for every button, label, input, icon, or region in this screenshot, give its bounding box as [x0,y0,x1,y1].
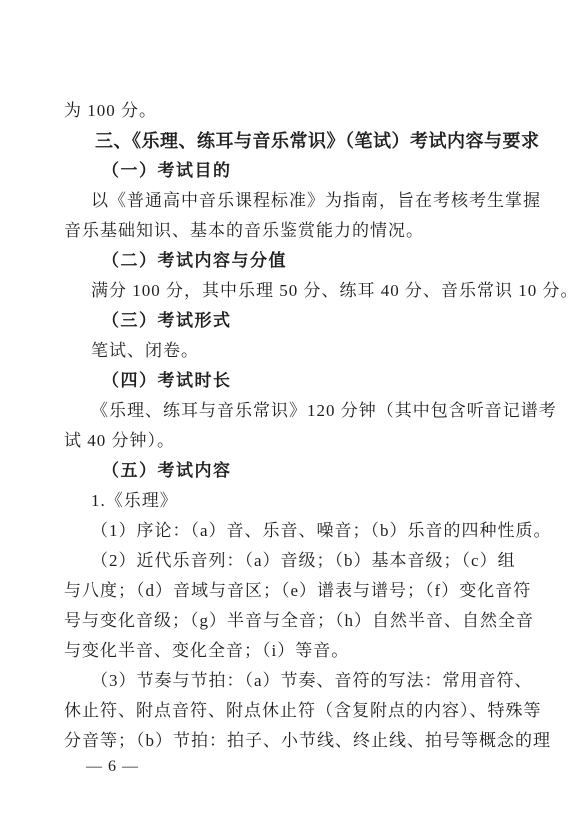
text-line: 三、《乐理、练耳与音乐常识》（笔试）考试内容与要求 [64,126,564,156]
text-line: 音乐基础知识、基本的音乐鉴赏能力的情况。 [64,216,564,246]
text-line: （五）考试内容 [64,456,564,486]
line-text: （2）近代乐音列：（a）音级；（b）基本音级；（c）组 [91,551,516,570]
line-text: 以《普通高中音乐课程标准》为指南，旨在考核考生掌握 [91,191,541,210]
text-line: 与变化半音、变化全音；（i）等音。 [64,636,564,666]
line-text: 为 100 分。 [64,101,157,120]
line-text: 与八度；（d）音域与音区；（e）谱表与谱号；（f）变化音符 [64,581,531,600]
line-text: （一）考试目的 [102,161,232,180]
line-text: 试 40 分钟）。 [64,431,175,450]
text-line: 号与变化音级；（g）半音与全音；（h）自然半音、自然全音 [64,606,564,636]
text-line: 1.《乐理》 [64,486,564,516]
text-line: 满分 100 分，其中乐理 50 分、练耳 40 分、音乐常识 10 分。 [64,276,564,306]
line-text: 笔试、闭卷。 [91,341,199,360]
text-line: 为 100 分。 [64,96,564,126]
text-line: （一）考试目的 [64,156,564,186]
page-number: — 6 — [86,757,139,777]
line-text: 《乐理、练耳与音乐常识》120 分钟（其中包含听音记谱考 [91,401,557,420]
line-text: 三、《乐理、练耳与音乐常识》（笔试）考试内容与要求 [95,131,540,151]
text-line: （三）考试形式 [64,306,564,336]
line-text: 休止符、附点音符、附点休止符（含复附点的内容）、特殊等 [64,701,542,720]
text-line: （四）考试时长 [64,366,564,396]
text-line: 分音等；（b）节拍：拍子、小节线、终止线、拍号等概念的理 [64,726,564,756]
document-page: 为 100 分。 三、《乐理、练耳与音乐常识》（笔试）考试内容与要求 （一）考试… [0,0,585,833]
text-line: （二）考试内容与分值 [64,246,564,276]
line-text: 音乐基础知识、基本的音乐鉴赏能力的情况。 [64,221,424,240]
line-text: 与变化半音、变化全音；（i）等音。 [64,641,349,660]
line-text: （五）考试内容 [102,461,232,480]
line-text: （三）考试形式 [102,311,232,330]
text-line: 与八度；（d）音域与音区；（e）谱表与谱号；（f）变化音符 [64,576,564,606]
text-line: 试 40 分钟）。 [64,426,564,456]
line-text: 满分 100 分，其中乐理 50 分、练耳 40 分、音乐常识 10 分。 [91,281,579,300]
line-text: （四）考试时长 [102,371,232,390]
line-text: 号与变化音级；（g）半音与全音；（h）自然半音、自然全音 [64,611,534,630]
text-line: 笔试、闭卷。 [64,336,564,366]
document-content: 为 100 分。 三、《乐理、练耳与音乐常识》（笔试）考试内容与要求 （一）考试… [64,96,564,756]
text-line: 以《普通高中音乐课程标准》为指南，旨在考核考生掌握 [64,186,564,216]
text-line: （3）节奏与节拍：（a）节奏、音符的写法：常用音符、 [64,666,564,696]
text-line: （1）序论：（a）音、乐音、噪音；（b）乐音的四种性质。 [64,516,564,546]
text-line: 《乐理、练耳与音乐常识》120 分钟（其中包含听音记谱考 [64,396,564,426]
line-text: 1.《乐理》 [91,491,178,510]
line-text: （二）考试内容与分值 [102,251,287,270]
text-line: （2）近代乐音列：（a）音级；（b）基本音级；（c）组 [64,546,564,576]
line-text: 分音等；（b）节拍：拍子、小节线、终止线、拍号等概念的理 [64,731,551,750]
line-text: （1）序论：（a）音、乐音、噪音；（b）乐音的四种性质。 [91,521,552,540]
line-text: （3）节奏与节拍：（a）节奏、音符的写法：常用音符、 [91,671,533,690]
text-line: 休止符、附点音符、附点休止符（含复附点的内容）、特殊等 [64,696,564,726]
